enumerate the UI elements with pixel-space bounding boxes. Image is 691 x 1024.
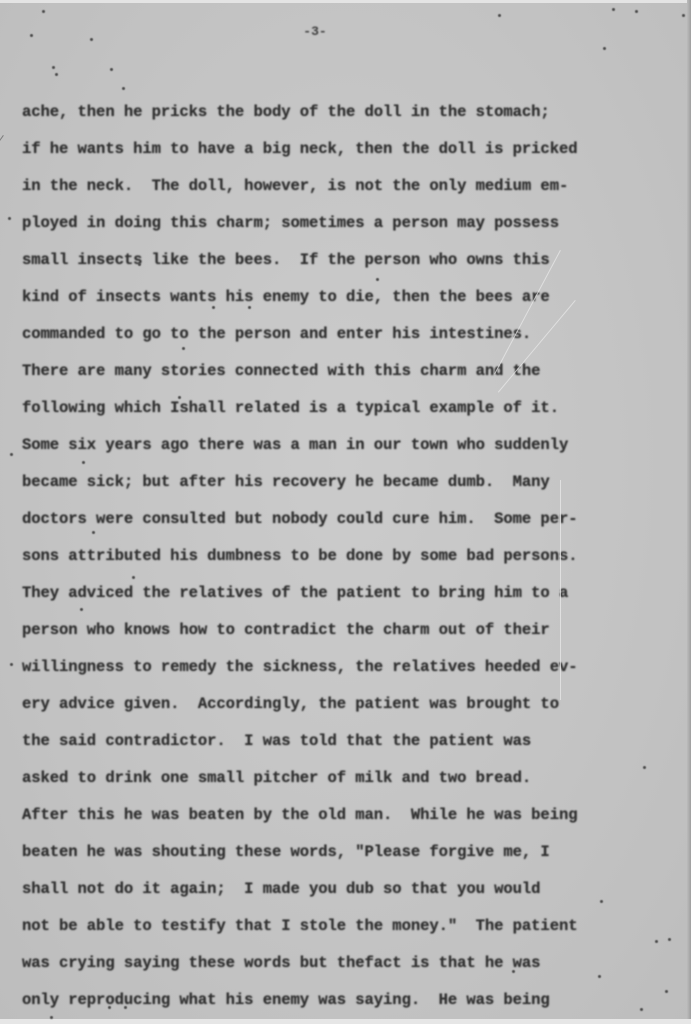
text-line: There are many stories connected with th… xyxy=(22,357,682,394)
dust-speck xyxy=(92,531,95,534)
dust-speck xyxy=(178,396,181,399)
text-line: only reproducing what his enemy was sayi… xyxy=(22,986,682,1023)
dust-speck xyxy=(132,576,135,579)
dust-speck xyxy=(498,14,501,17)
film-scratch xyxy=(0,135,4,152)
dust-speck xyxy=(600,900,603,903)
dust-speck xyxy=(668,938,671,941)
dust-speck xyxy=(665,990,668,993)
dust-speck xyxy=(124,1006,127,1009)
text-line: following which Ishall related is a typi… xyxy=(22,394,682,431)
dust-speck xyxy=(603,47,606,50)
text-line: They adviced the relatives of the patien… xyxy=(22,579,682,616)
dust-speck xyxy=(8,217,11,220)
dust-speck xyxy=(612,8,615,11)
dust-speck xyxy=(512,970,515,973)
text-line: person who knows how to contradict the c… xyxy=(22,616,682,653)
text-line: in the neck. The doll, however, is not t… xyxy=(22,172,682,209)
text-line: kind of insects wants his enemy to die, … xyxy=(22,283,682,320)
dust-speck xyxy=(42,10,45,13)
page-top-edge xyxy=(0,0,691,3)
dust-speck xyxy=(55,73,58,76)
text-line: if he wants him to have a big neck, then… xyxy=(22,135,682,172)
dust-speck xyxy=(30,34,33,37)
dust-speck xyxy=(376,278,379,281)
text-line: sons attributed his dumbness to be done … xyxy=(22,542,682,579)
dust-speck xyxy=(122,87,125,90)
dust-speck xyxy=(108,1006,111,1009)
document-body: ache, then he pricks the body of the dol… xyxy=(22,98,682,1023)
dust-speck xyxy=(682,14,685,17)
dust-speck xyxy=(52,66,55,69)
dust-speck xyxy=(598,975,601,978)
dust-speck xyxy=(50,1016,53,1019)
dust-speck xyxy=(82,461,85,464)
text-line: small insects like the bees. If the pers… xyxy=(22,246,682,283)
scanned-typewritten-page: -3- ache, then he pricks the body of the… xyxy=(0,0,691,1024)
text-line: was crying saying these words but thefac… xyxy=(22,949,682,986)
text-line: beaten he was shouting these words, "Ple… xyxy=(22,838,682,875)
dust-speck xyxy=(90,38,93,41)
dust-speck xyxy=(655,940,658,943)
dust-speck xyxy=(80,608,83,611)
page-number-marker: -3- xyxy=(298,26,332,38)
dust-speck xyxy=(10,663,13,666)
dust-speck xyxy=(110,68,113,71)
text-line: doctors were consulted but nobody could … xyxy=(22,505,682,542)
text-line: ery advice given. Accordingly, the patie… xyxy=(22,690,682,727)
text-line: After this he was beaten by the old man.… xyxy=(22,801,682,838)
text-line: ployed in doing this charm; sometimes a … xyxy=(22,209,682,246)
dust-speck xyxy=(182,347,185,350)
dust-speck xyxy=(635,10,638,13)
text-line: ache, then he pricks the body of the dol… xyxy=(22,98,682,135)
dust-speck xyxy=(212,306,215,309)
text-line: willingness to remedy the sickness, the … xyxy=(22,653,682,690)
film-scratch xyxy=(560,480,561,700)
text-line: not be able to testify that I stole the … xyxy=(22,912,682,949)
dust-speck xyxy=(248,306,251,309)
text-line: became sick; but after his recovery he b… xyxy=(22,468,682,505)
text-line: the said contradictor. I was told that t… xyxy=(22,727,682,764)
dust-speck xyxy=(10,453,13,456)
dust-speck xyxy=(643,766,646,769)
text-line: Some six years ago there was a man in ou… xyxy=(22,431,682,468)
text-line: shall not do it again; I made you dub so… xyxy=(22,875,682,912)
page-right-edge xyxy=(687,0,691,1024)
dust-speck xyxy=(138,263,141,266)
dust-speck xyxy=(640,1008,643,1011)
text-line: commanded to go to the person and enter … xyxy=(22,320,682,357)
text-line: asked to drink one small pitcher of milk… xyxy=(22,764,682,801)
